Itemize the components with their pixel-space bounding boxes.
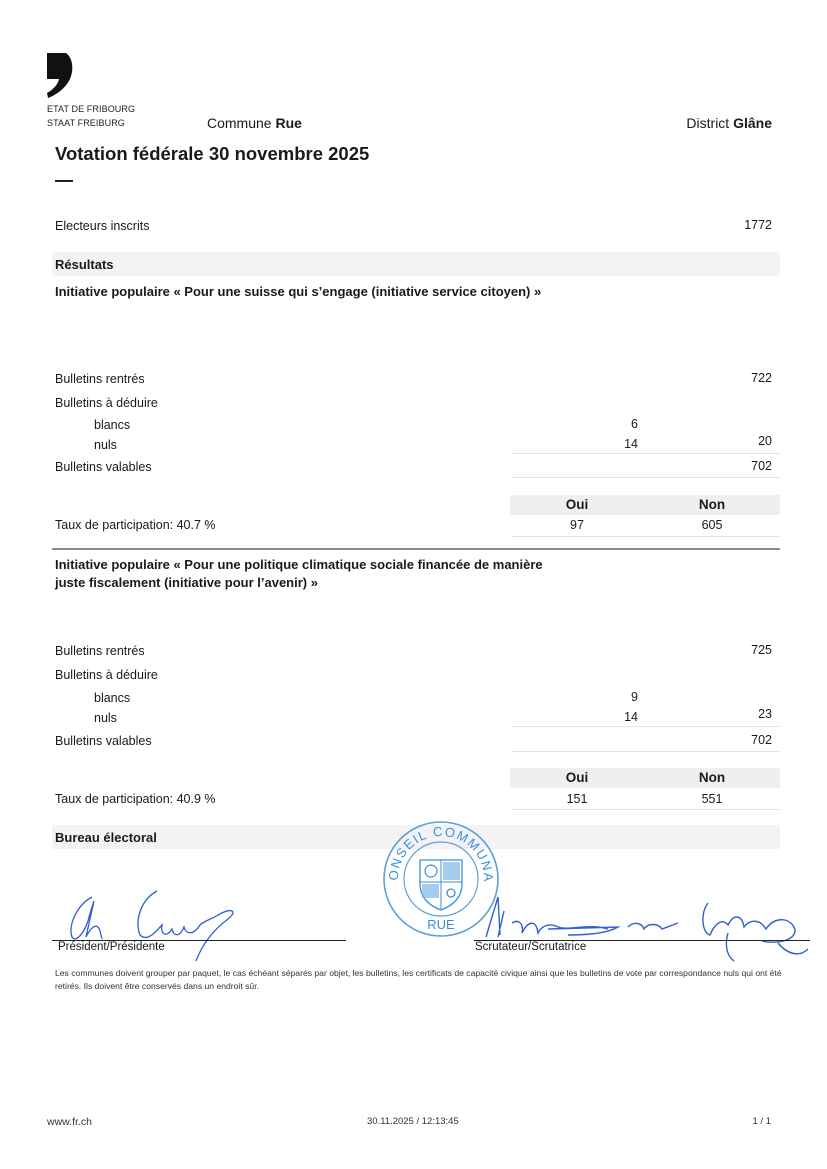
object-1-oui-value: 97 [545,518,609,532]
object-1-blancs-value: 6 [631,417,638,431]
object-1-title-line1: Initiative populaire « Pour une suisse q… [55,283,541,301]
object-2-participation: Taux de participation: 40.9 % [55,792,216,806]
object-2-valables-label: Bulletins valables [55,734,152,748]
svg-text:RUE: RUE [427,917,455,932]
object-2-title: Initiative populaire « Pour une politiqu… [55,556,543,592]
page-title: Votation fédérale 30 novembre 2025 [55,143,369,165]
object-2-rentres-label: Bulletins rentrés [55,644,145,658]
divider [512,809,780,810]
object-2-oui-header: Oui [545,770,609,785]
object-2-rentres-value: 725 [751,643,772,657]
footer-page-number: 1 / 1 [753,1116,772,1127]
commune-label: Commune [207,115,272,131]
bureau-heading: Bureau électoral [55,829,157,847]
object-separator [52,548,780,550]
object-1-oui-header: Oui [545,497,609,512]
district-value: Glâne [733,115,772,131]
object-2-blancs-value: 9 [631,690,638,704]
commune: Commune Rue [207,115,302,131]
electeurs-value: 1772 [744,218,772,232]
svg-text:CONSEIL COMMUNAL: CONSEIL COMMUNAL [380,818,496,883]
object-1-blancs-label: blancs [94,418,130,432]
results-band [52,252,780,276]
object-2-nuls-value: 14 [624,710,638,724]
object-1-nuls-label: nuls [94,438,117,452]
president-signature-icon [62,885,252,965]
president-label: Président/Présidente [58,941,165,953]
object-2-deduire-label: Bulletins à déduire [55,668,158,682]
electeurs-label: Electeurs inscrits [55,219,149,233]
object-1-valables-label: Bulletins valables [55,460,152,474]
object-1-nuls-value: 14 [624,437,638,451]
legal-footnote: Les communes doivent grouper par paquet,… [55,967,785,993]
canton-name-fr: ETAT DE FRIBOURG [47,104,135,114]
fribourg-comma-logo-icon [46,52,74,98]
object-2-nuls-label: nuls [94,711,117,725]
district: District Glâne [686,115,772,131]
object-1-title: Initiative populaire « Pour une suisse q… [55,283,541,301]
object-2-title-line2: juste fiscalement (initiative pour l’ave… [55,574,543,592]
object-1-deduire-total: 20 [758,434,772,448]
object-2-blancs-label: blancs [94,691,130,705]
divider [512,751,780,752]
scrutateur-label: Scrutateur/Scrutatrice [475,941,586,953]
divider [512,477,780,478]
object-2-title-line1: Initiative populaire « Pour une politiqu… [55,556,543,574]
object-1-non-value: 605 [680,518,744,532]
results-heading: Résultats [55,256,114,274]
footer-timestamp: 30.11.2025 / 12:13:45 [367,1116,459,1127]
object-2-valables-value: 702 [751,733,772,747]
object-1-non-header: Non [680,497,744,512]
object-1-rentres-value: 722 [751,371,772,385]
district-label: District [686,115,729,131]
object-2-oui-value: 151 [545,792,609,806]
divider [512,453,780,454]
object-1-deduire-label: Bulletins à déduire [55,396,158,410]
object-2-non-value: 551 [680,792,744,806]
object-2-non-header: Non [680,770,744,785]
divider [512,536,780,537]
object-1-valables-value: 702 [751,459,772,473]
canton-name-de: STAAT FREIBURG [47,118,125,128]
title-underline-dash [55,180,73,182]
object-1-participation: Taux de participation: 40.7 % [55,518,216,532]
object-2-deduire-total: 23 [758,707,772,721]
footer-website-link[interactable]: www.fr.ch [47,1116,92,1128]
object-1-rentres-label: Bulletins rentrés [55,372,145,386]
divider [512,726,780,727]
commune-value: Rue [275,115,301,131]
